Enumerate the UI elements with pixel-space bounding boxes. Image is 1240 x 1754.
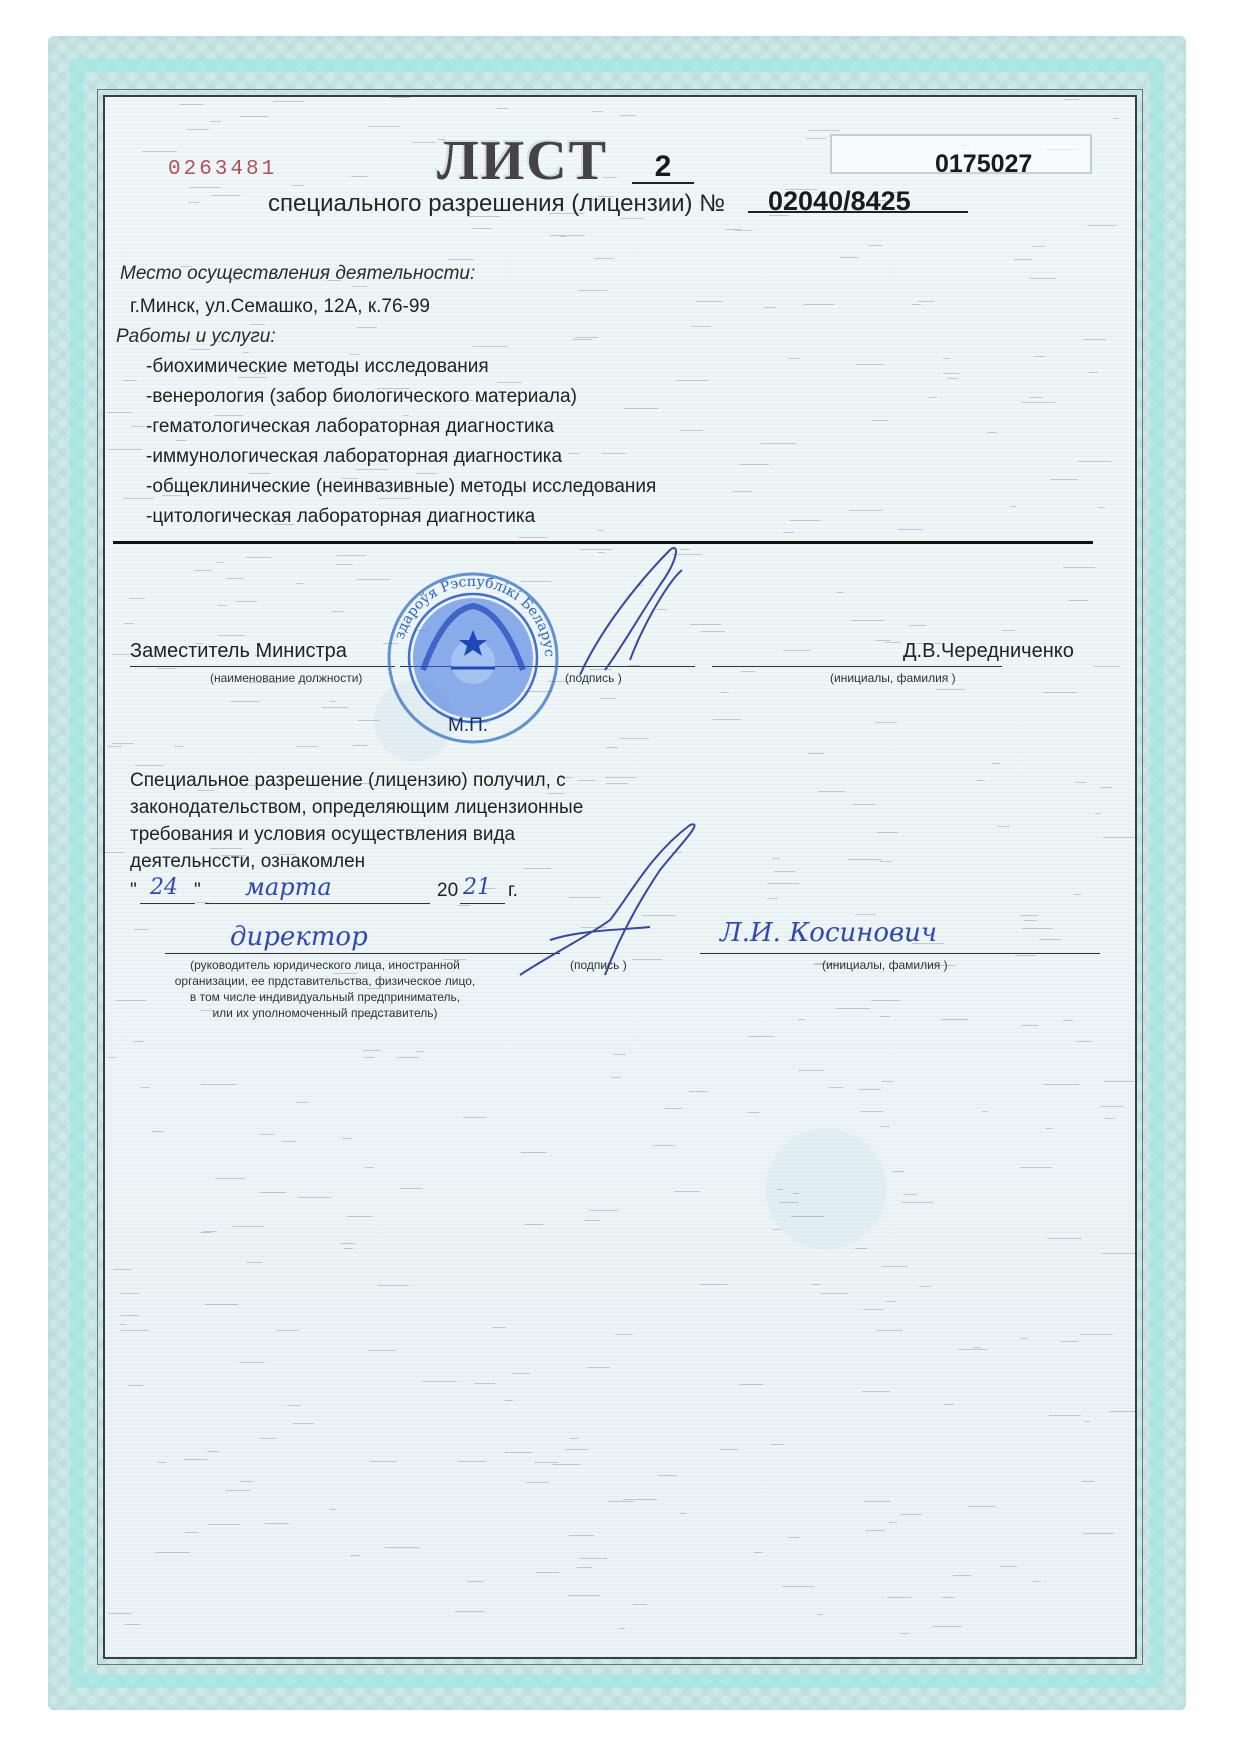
position-caption: (наименование должности) <box>210 671 362 685</box>
name-underline-a <box>712 666 1002 667</box>
recipient-name-handwritten: Л.И. Косинович <box>720 918 937 948</box>
red-serial-number: 0263481 <box>168 158 277 181</box>
service-item: -общеклинические (неинвазивные) методы и… <box>146 476 656 498</box>
date-day-handwritten: 24 <box>150 875 178 900</box>
date-open-quote: " <box>130 880 137 902</box>
form-number: 0175027 <box>935 150 1032 179</box>
day-underline <box>140 903 195 904</box>
service-item: -цитологическая лабораторная диагностика <box>146 506 535 528</box>
license-number: 02040/8425 <box>768 186 911 217</box>
recipient-caption-line: организации, ее прдставительства, физиче… <box>130 974 520 988</box>
recipient-title-underline <box>165 953 560 954</box>
date-year-prefix: 20 <box>437 880 458 902</box>
service-item: -биохимические методы исследования <box>146 356 489 378</box>
stamp-place-label: М.П. <box>448 715 488 737</box>
works-label: Работы и услуги: <box>116 326 276 348</box>
acknowledgement-line: Специальное разрешение (лицензию) получи… <box>130 770 566 792</box>
issuer-name-caption: (инициалы, фамилия ) <box>830 671 956 685</box>
document-subtitle: специального разрешения (лицензии) № <box>268 190 725 218</box>
sheet-title: ЛИСТ <box>436 128 607 192</box>
issuer-name: Д.В.Чередниченко <box>903 640 1074 663</box>
sheet-number: 2 <box>632 152 694 184</box>
service-item: -иммунологическая лабораторная диагности… <box>146 446 562 468</box>
year-underline <box>460 903 505 904</box>
recipient-caption-line: или их уполномоченный представитель) <box>130 1006 520 1020</box>
position-underline <box>130 666 395 667</box>
recipient-signature-caption: (подпись ) <box>570 958 627 972</box>
date-close-quote: " <box>194 880 201 902</box>
recipient-title-handwritten: директор <box>230 922 368 952</box>
acknowledgement-line: деятельнсcти, ознакомлен <box>130 851 365 873</box>
recipient-caption-line: (руководитель юридического лица, иностра… <box>130 958 520 972</box>
recipient-caption-line: в том числе индивидуальный предпринимате… <box>130 990 520 1004</box>
service-item: -венерология (забор биологического матер… <box>146 386 577 408</box>
service-item: -гематологическая лабораторная диагности… <box>146 416 554 438</box>
acknowledgement-line: требования и условия осуществления вида <box>130 824 515 846</box>
month-underline <box>205 903 430 904</box>
date-month-handwritten: марта <box>245 873 332 901</box>
recipient-name-underline <box>700 953 1100 954</box>
issuer-position: Заместитель Министра <box>130 640 347 663</box>
issuer-signature-icon <box>560 540 700 680</box>
date-year-handwritten: 21 <box>463 875 491 900</box>
place-label: Место осуществления деятельности: <box>120 263 475 285</box>
address: г.Минск, ул.Семашко, 12А, к.76-99 <box>130 296 430 318</box>
recipient-name-caption: (инициалы, фамилия ) <box>822 958 948 972</box>
